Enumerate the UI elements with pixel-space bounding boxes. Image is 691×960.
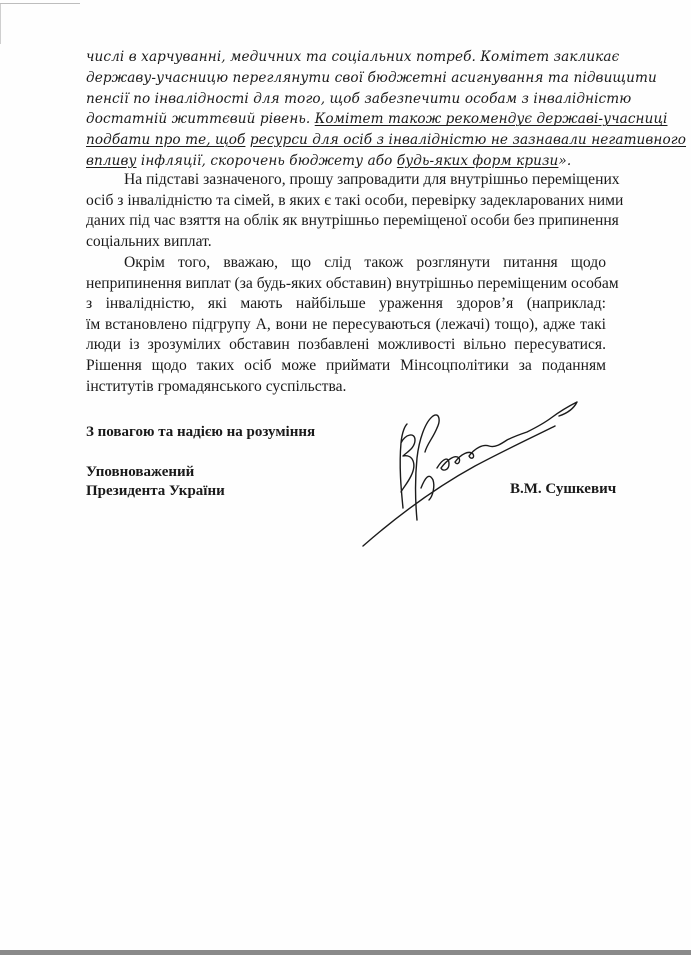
text-line: люди із зрозумілих обставин позбавлені м… [86,335,606,356]
quoted-committee-text: числі в харчуванні, медичних та соціальн… [86,47,606,172]
quote-text: числі в харчуванні, медичних та соціальн… [86,49,619,65]
text-line: з інвалідністю, які мають найбільше ураж… [86,294,606,315]
quote-line: державу-учасницю переглянути свої бюджет… [86,68,606,89]
signatory-name: В.М. Сушкевич [510,481,616,498]
signatory-title-line: Президента України [86,482,225,501]
quote-line: достатній життєвий рівень. Комітет також… [86,109,606,130]
text-line: Рішення щодо таких осіб може приймати Мі… [86,356,606,377]
quote-text: пенсії по інвалідності для того, щоб заб… [86,91,631,107]
closing-salutation: З повагою та надією на розуміння [86,424,315,441]
text-line: даних під час взяття на облік як внутріш… [86,211,606,232]
quote-text: державу-учасницю переглянути свої бюджет… [86,70,657,86]
underlined-text: подбати про те, щоб [86,132,245,148]
quote-line: впливу інфляції, скорочень бюджету або б… [86,151,606,172]
underlined-text: будь-яких форм кризи [397,153,559,169]
signatory-title-line: Уповноважений [86,463,225,482]
scan-edge-top [0,3,80,4]
handwritten-signature [355,388,585,553]
text-line: осіб з інвалідністю та сімей, в яких є т… [86,191,606,212]
text-line: неприпинення виплат (за будь-яких обстав… [86,274,606,295]
underlined-text: ресурси для осіб з інвалідністю не зазна… [250,132,686,148]
document-page: числі в харчуванні, медичних та соціальн… [0,0,691,955]
quote-text: достатній життєвий рівень. [86,111,315,127]
text-line: соціальних виплат. [86,232,606,253]
additional-proposal-paragraph: Окрім того, вважаю, що слід також розгля… [86,253,606,397]
signatory-title: Уповноважений Президента України [86,463,225,501]
quote-line: подбати про те, щоб ресурси для осіб з і… [86,130,606,151]
underlined-text: впливу [86,153,136,169]
quote-line: пенсії по інвалідності для того, щоб заб… [86,89,606,110]
quote-text: ». [558,153,571,169]
text-line: Окрім того, вважаю, що слід також розгля… [86,253,606,274]
scan-edge-bottom [0,950,691,955]
request-paragraph: На підставі зазначеного, прошу запровади… [86,170,606,252]
underlined-text: Комітет також рекомендує державі-учасниц… [315,111,668,127]
text-line: На підставі зазначеного, прошу запровади… [86,170,606,191]
text-line: їм встановлено підгрупу А, вони не перес… [86,315,606,336]
scan-edge-left [0,4,1,44]
quote-text: інфляції, скорочень бюджету або [136,153,396,169]
quote-line: числі в харчуванні, медичних та соціальн… [86,47,606,68]
